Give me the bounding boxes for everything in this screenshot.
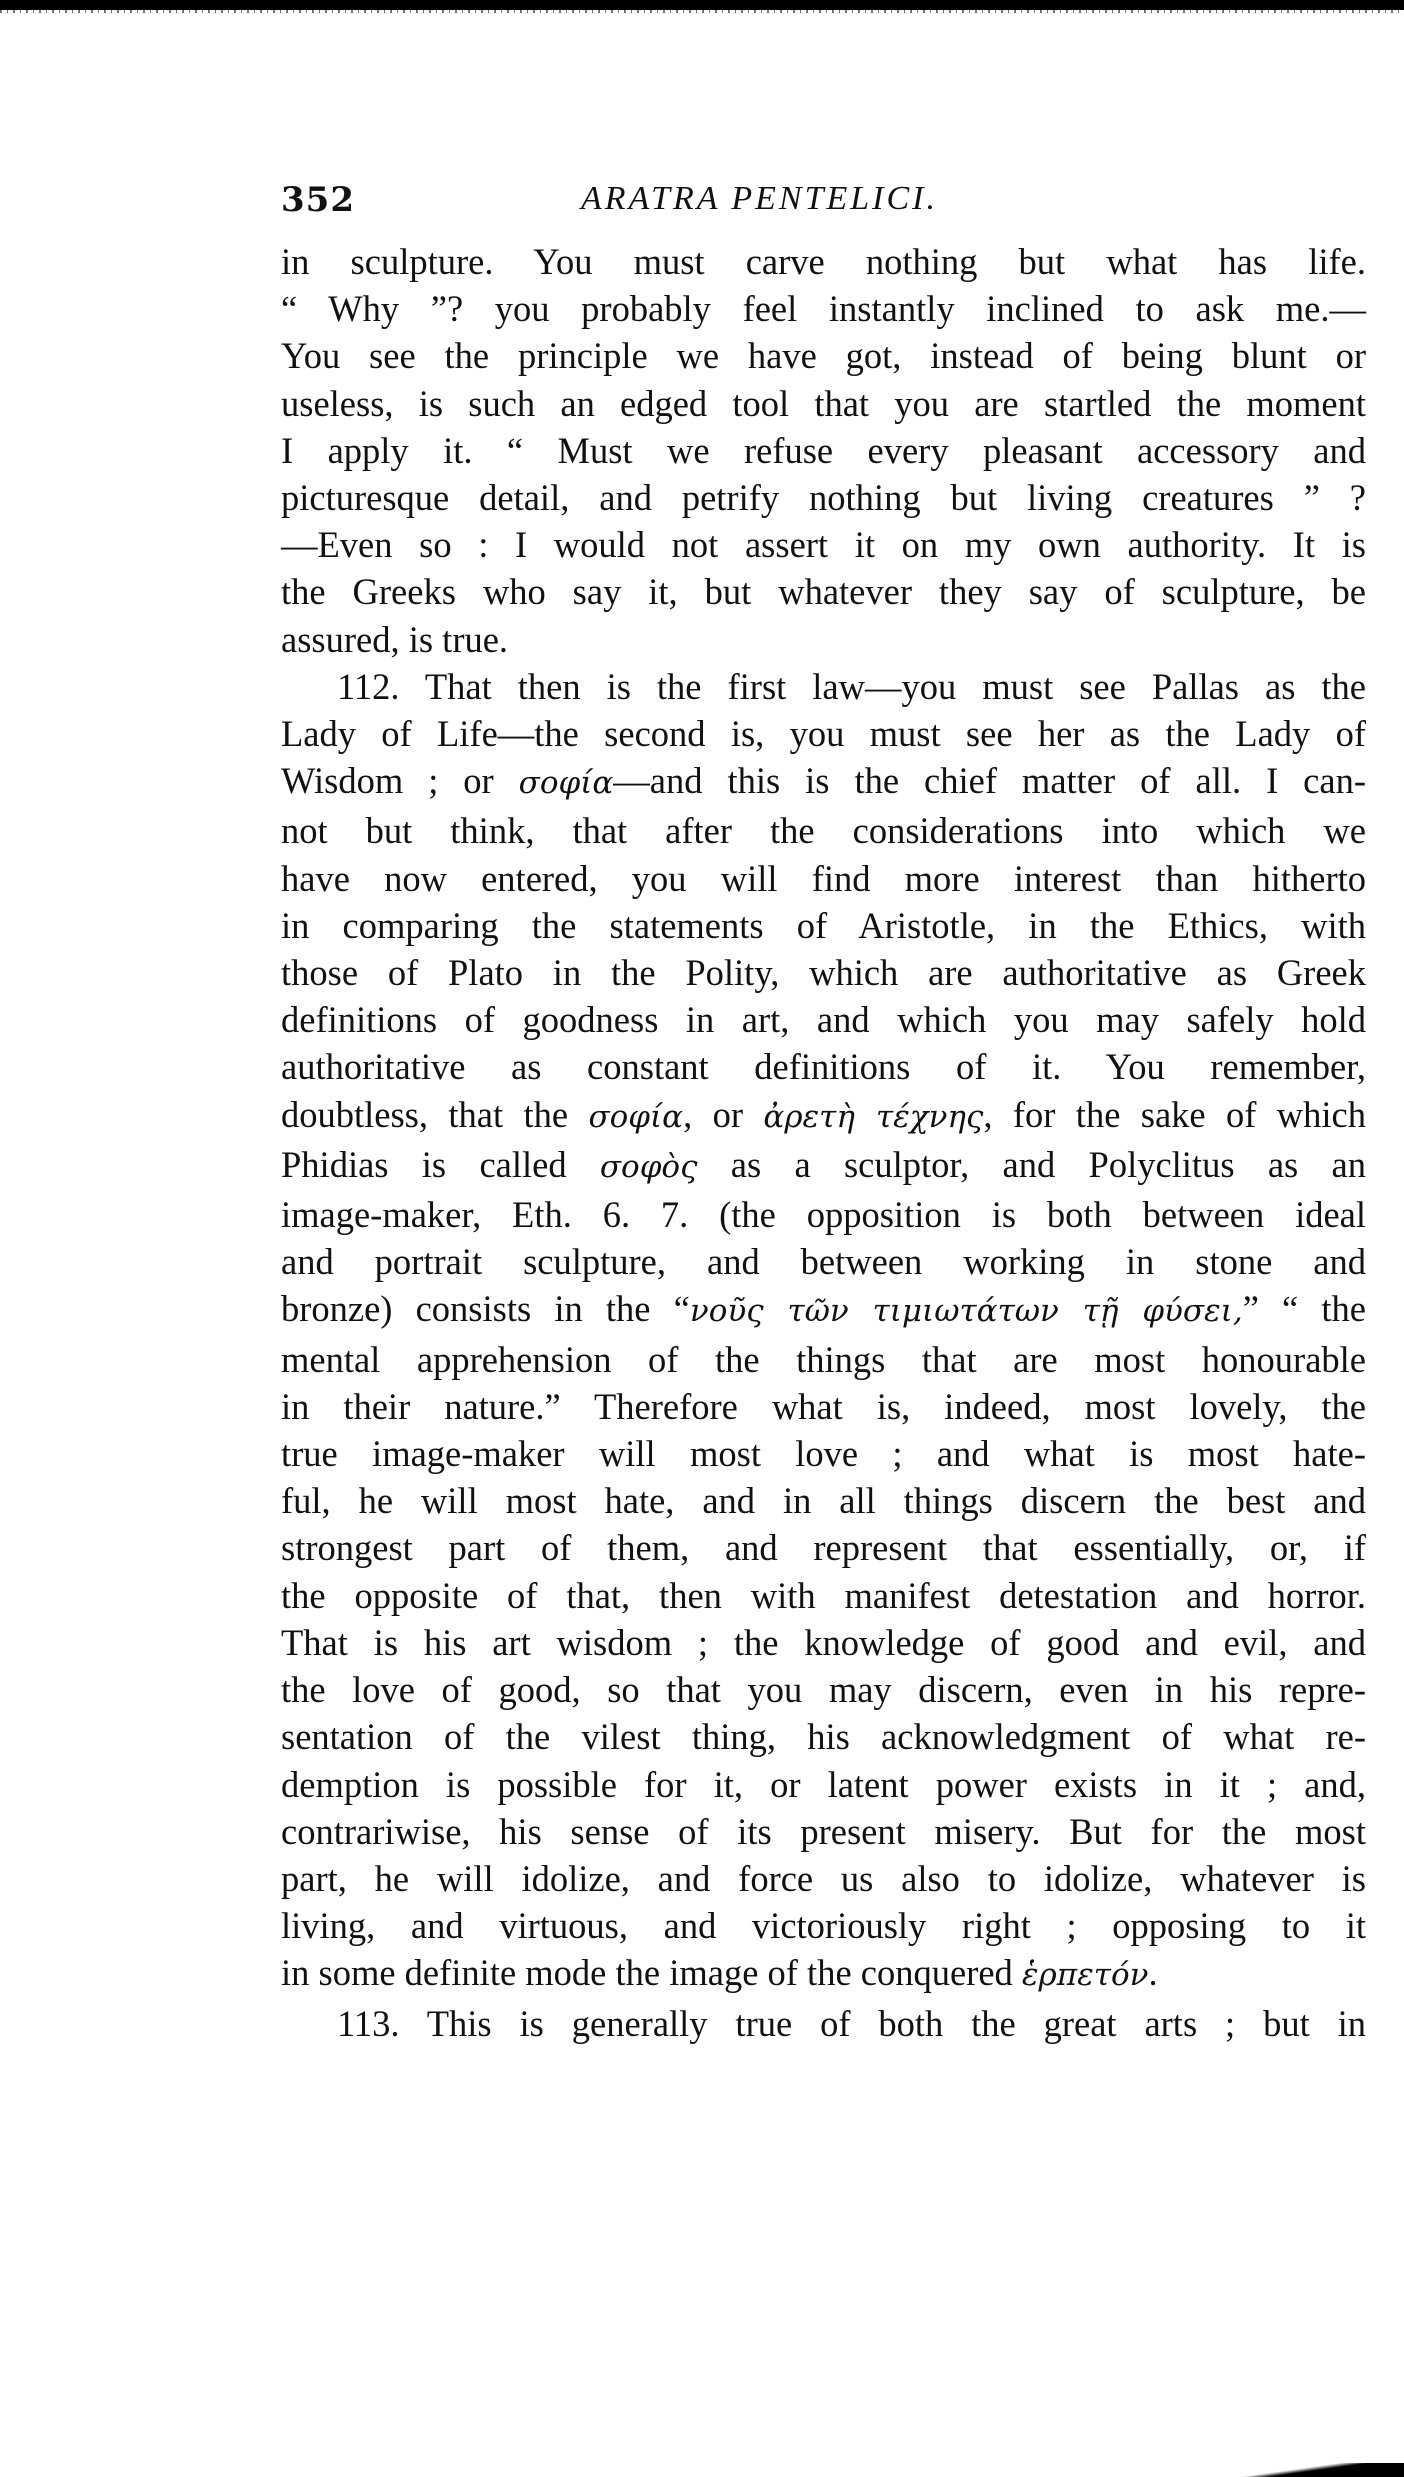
text-segment: Wisdom ; or bbox=[281, 760, 519, 801]
text-line: ful, he will most hate, and in all thing… bbox=[281, 1477, 1366, 1524]
page-number: 352 bbox=[281, 180, 355, 220]
text-line: 113. This is generally true of both the … bbox=[281, 2000, 1366, 2047]
text-line: bronze) consists in the “νοῦς τῶν τιμιωτ… bbox=[281, 1285, 1366, 1335]
running-title: ARATRA PENTELICI. bbox=[581, 180, 938, 218]
text-line: in sculpture. You must carve nothing but… bbox=[281, 238, 1366, 285]
text-segment: bronze) consists in the “ bbox=[281, 1288, 690, 1329]
body-text: in sculpture. You must carve nothing but… bbox=[281, 238, 1366, 2047]
greek-term: νοῦς τῶν τιμιωτάτων τῇ φύσει, bbox=[690, 1293, 1243, 1329]
greek-term: ἀρετὴ τέχνης bbox=[763, 1099, 983, 1135]
scan-top-edge bbox=[0, 0, 1404, 10]
text-line: the love of good, so that you may discer… bbox=[281, 1666, 1366, 1713]
text-segment: . bbox=[1148, 1952, 1157, 1993]
greek-term: σοφία bbox=[519, 765, 614, 801]
text-line: You see the principle we have got, inste… bbox=[281, 332, 1366, 379]
greek-term: σοφία bbox=[588, 1099, 683, 1135]
text-segment: Phidias is called bbox=[281, 1144, 600, 1185]
text-line: Phidias is called σοφὸς as a sculptor, a… bbox=[281, 1141, 1366, 1191]
text-line: I apply it. “ Must we refuse every pleas… bbox=[281, 427, 1366, 474]
text-line: and portrait sculpture, and between work… bbox=[281, 1238, 1366, 1285]
text-line: Wisdom ; or σοφία—and this is the chief … bbox=[281, 757, 1366, 807]
text-line: picturesque detail, and petrify nothing … bbox=[281, 474, 1366, 521]
text-line: true image-maker will most love ; and wh… bbox=[281, 1430, 1366, 1477]
text-line: the Greeks who say it, but whatever they… bbox=[281, 568, 1366, 615]
text-segment: , or bbox=[683, 1094, 763, 1135]
text-line: demption is possible for it, or latent p… bbox=[281, 1761, 1366, 1808]
text-line: have now entered, you will find more int… bbox=[281, 855, 1366, 902]
text-line: living, and virtuous, and victoriously r… bbox=[281, 1902, 1366, 1949]
text-line: Lady of Life—the second is, you must see… bbox=[281, 710, 1366, 757]
text-line: sentation of the vilest thing, his ackno… bbox=[281, 1713, 1366, 1760]
text-line: those of Plato in the Polity, which are … bbox=[281, 949, 1366, 996]
text-line: not but think, that after the considerat… bbox=[281, 807, 1366, 854]
scan-top-fringe bbox=[0, 10, 1404, 13]
text-line: doubtless, that the σοφία, or ἀρετὴ τέχν… bbox=[281, 1091, 1366, 1141]
text-line: in comparing the statements of Aristotle… bbox=[281, 902, 1366, 949]
text-line: part, he will idolize, and force us also… bbox=[281, 1855, 1366, 1902]
text-line: in some definite mode the image of the c… bbox=[281, 1949, 1366, 1999]
text-segment: ” “ the bbox=[1243, 1288, 1366, 1329]
greek-term: σοφὸς bbox=[600, 1149, 698, 1185]
text-line: 112. That then is the first law—you must… bbox=[281, 663, 1366, 710]
text-segment: —and this is the chief matter of all. I … bbox=[613, 760, 1366, 801]
text-line: strongest part of them, and represent th… bbox=[281, 1524, 1366, 1571]
text-segment: as a sculptor, and Polyclitus as an bbox=[697, 1144, 1366, 1185]
text-line: definitions of goodness in art, and whic… bbox=[281, 996, 1366, 1043]
text-line: “ Why ”? you probably feel instantly inc… bbox=[281, 285, 1366, 332]
text-line: in their nature.” Therefore what is, ind… bbox=[281, 1383, 1366, 1430]
text-line: That is his art wisdom ; the knowledge o… bbox=[281, 1619, 1366, 1666]
text-line: mental apprehension of the things that a… bbox=[281, 1336, 1366, 1383]
text-segment: doubtless, that the bbox=[281, 1094, 588, 1135]
scan-bottom-edge bbox=[1204, 2463, 1404, 2477]
running-head: 352 ARATRA PENTELICI. bbox=[281, 170, 1366, 230]
text-line: image-maker, Eth. 6. 7. (the opposition … bbox=[281, 1191, 1366, 1238]
text-line: useless, is such an edged tool that you … bbox=[281, 380, 1366, 427]
text-line: authoritative as constant definitions of… bbox=[281, 1043, 1366, 1090]
text-line: assured, is true. bbox=[281, 616, 1366, 663]
text-line: contrariwise, his sense of its present m… bbox=[281, 1808, 1366, 1855]
text-segment: , for the sake of which bbox=[983, 1094, 1366, 1135]
paragraph-block: in sculpture. You must carve nothing but… bbox=[281, 238, 1366, 2047]
text-line: the opposite of that, then with manifest… bbox=[281, 1572, 1366, 1619]
text-segment: in some definite mode the image of the c… bbox=[281, 1952, 1022, 1993]
book-page: 352 ARATRA PENTELICI. in sculpture. You … bbox=[281, 170, 1366, 2047]
greek-term: ἑρπετόν bbox=[1022, 1957, 1149, 1993]
text-line: —Even so : I would not assert it on my o… bbox=[281, 521, 1366, 568]
